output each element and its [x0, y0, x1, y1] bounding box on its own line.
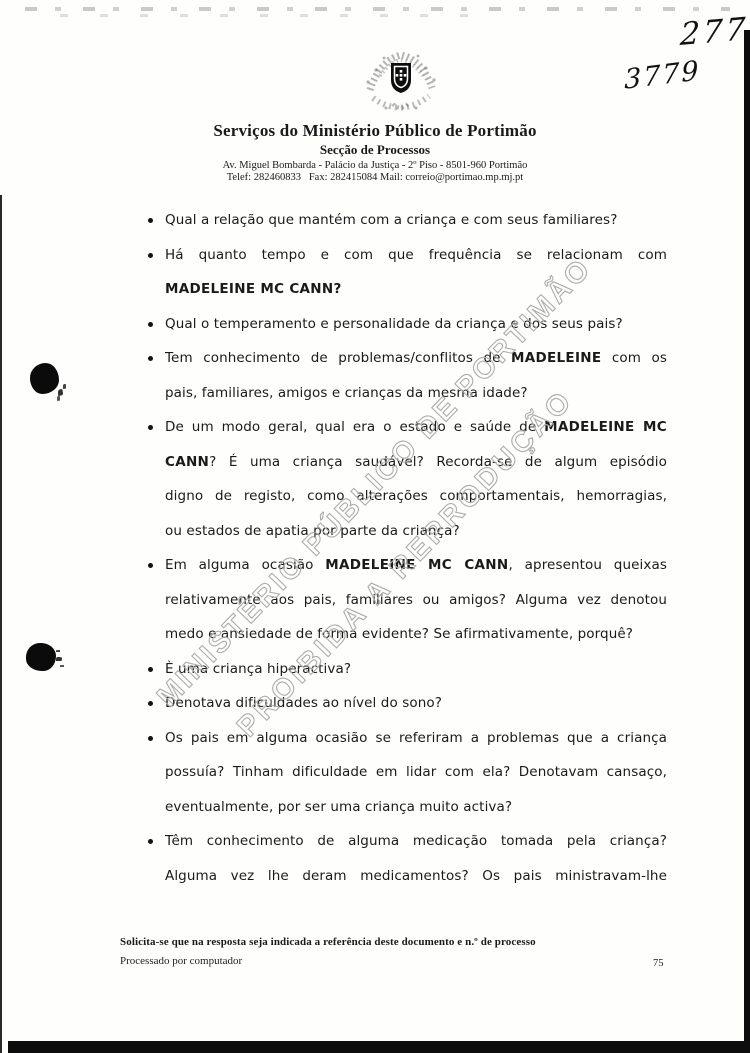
question-item: Tem conhecimento de problemas/conflitos … [148, 341, 667, 410]
question-line: pais, familiares, amigos e crianças da m… [165, 376, 667, 411]
question-text: Qual a relação que mantém com a criança … [165, 203, 667, 238]
question-item: Os pais em alguma ocasião se referiram a… [148, 721, 667, 825]
question-line: CANN? É uma criança saudável? Recorda-se… [165, 445, 667, 480]
question-item: Qual o temperamento e personalidade da c… [148, 307, 667, 342]
question-text: È uma criança hiperactiva? [165, 652, 667, 687]
bullet-icon [148, 410, 165, 430]
page-edge-bottom [8, 1041, 750, 1053]
bullet-icon [148, 686, 165, 706]
org-contacts: Telef: 282460833 Fax: 282415084 Mail: co… [0, 172, 750, 183]
question-line: ou estados de apatia por parte da crianç… [165, 514, 667, 549]
question-text: Em alguma ocasião MADELEINE MC CANN, apr… [165, 548, 667, 652]
punch-hole-mark-2 [26, 643, 56, 671]
question-item: Há quanto tempo e com que frequência se … [148, 238, 667, 307]
question-line: Tem conhecimento de problemas/conflitos … [165, 341, 667, 376]
question-line: Em alguma ocasião MADELEINE MC CANN, apr… [165, 548, 667, 583]
question-line: medo e ansiedade de forma evidente? Se a… [165, 617, 667, 652]
punch-hole-mark-1 [30, 363, 59, 394]
page-edge-left [0, 195, 2, 1053]
coat-of-arms-icon [356, 46, 446, 118]
org-name: Serviços do Ministério Público de Portim… [0, 121, 750, 141]
bullet-icon [148, 307, 165, 327]
bullet-icon [148, 721, 165, 741]
question-item: Em alguma ocasião MADELEINE MC CANN, apr… [148, 548, 667, 652]
question-line: È uma criança hiperactiva? [165, 652, 667, 687]
question-item: De um modo geral, qual era o estado e sa… [148, 410, 667, 548]
question-line: Qual o temperamento e personalidade da c… [165, 307, 667, 342]
question-item: Qual a relação que mantém com a criança … [148, 203, 667, 238]
question-text: De um modo geral, qual era o estado e sa… [165, 410, 667, 548]
question-list: Qual a relação que mantém com a criança … [148, 203, 667, 893]
org-address: Av. Miguel Bombarda - Palácio da Justiça… [0, 160, 750, 171]
question-line: relativamente aos pais, familiares ou am… [165, 583, 667, 618]
question-line: De um modo geral, qual era o estado e sa… [165, 410, 667, 445]
footer-reference-note: Solicita-se que na resposta seja indicad… [120, 936, 536, 948]
question-line: eventualmente, por ser uma criança muito… [165, 790, 667, 825]
question-line: digno de registo, como alterações compor… [165, 479, 667, 514]
page-number: 75 [653, 958, 664, 969]
bullet-icon [148, 548, 165, 568]
handwritten-number-top: 277 [679, 11, 749, 53]
scan-artifact-top-2 [60, 14, 480, 17]
question-text: Qual o temperamento e personalidade da c… [165, 307, 667, 342]
bullet-icon [148, 652, 165, 672]
question-line: Há quanto tempo e com que frequência se … [165, 238, 667, 273]
scan-artifact-top [25, 7, 730, 11]
page-edge-right [744, 30, 750, 1053]
question-text: Têm conhecimento de alguma medicação tom… [165, 824, 667, 893]
footer-processed-note: Processado por computador [120, 955, 242, 967]
question-text: Denotava dificuldades ao nível do sono? [165, 686, 667, 721]
bullet-icon [148, 238, 165, 258]
question-line: Alguma vez lhe deram medicamentos? Os pa… [165, 859, 667, 894]
question-text: Tem conhecimento de problemas/conflitos … [165, 341, 667, 410]
question-item: Denotava dificuldades ao nível do sono? [148, 686, 667, 721]
bullet-icon [148, 341, 165, 361]
bullet-icon [148, 824, 165, 844]
question-text: Há quanto tempo e com que frequência se … [165, 238, 667, 307]
question-text: Os pais em alguma ocasião se referiram a… [165, 721, 667, 825]
question-line: Denotava dificuldades ao nível do sono? [165, 686, 667, 721]
letterhead: Serviços do Ministério Público de Portim… [0, 121, 750, 183]
scanned-page: 277 3779 Serviços do Ministério Público … [0, 0, 750, 1053]
question-line: possuía? Tinham dificuldade em lidar com… [165, 755, 667, 790]
question-item: Têm conhecimento de alguma medicação tom… [148, 824, 667, 893]
question-line: MADELEINE MC CANN? [165, 272, 667, 307]
question-item: È uma criança hiperactiva? [148, 652, 667, 687]
question-line: Qual a relação que mantém com a criança … [165, 203, 667, 238]
question-line: Os pais em alguma ocasião se referiram a… [165, 721, 667, 756]
org-department: Secção de Processos [0, 142, 750, 158]
question-line: Têm conhecimento de alguma medicação tom… [165, 824, 667, 859]
bullet-icon [148, 203, 165, 223]
handwritten-number-mid: 3779 [624, 55, 701, 96]
